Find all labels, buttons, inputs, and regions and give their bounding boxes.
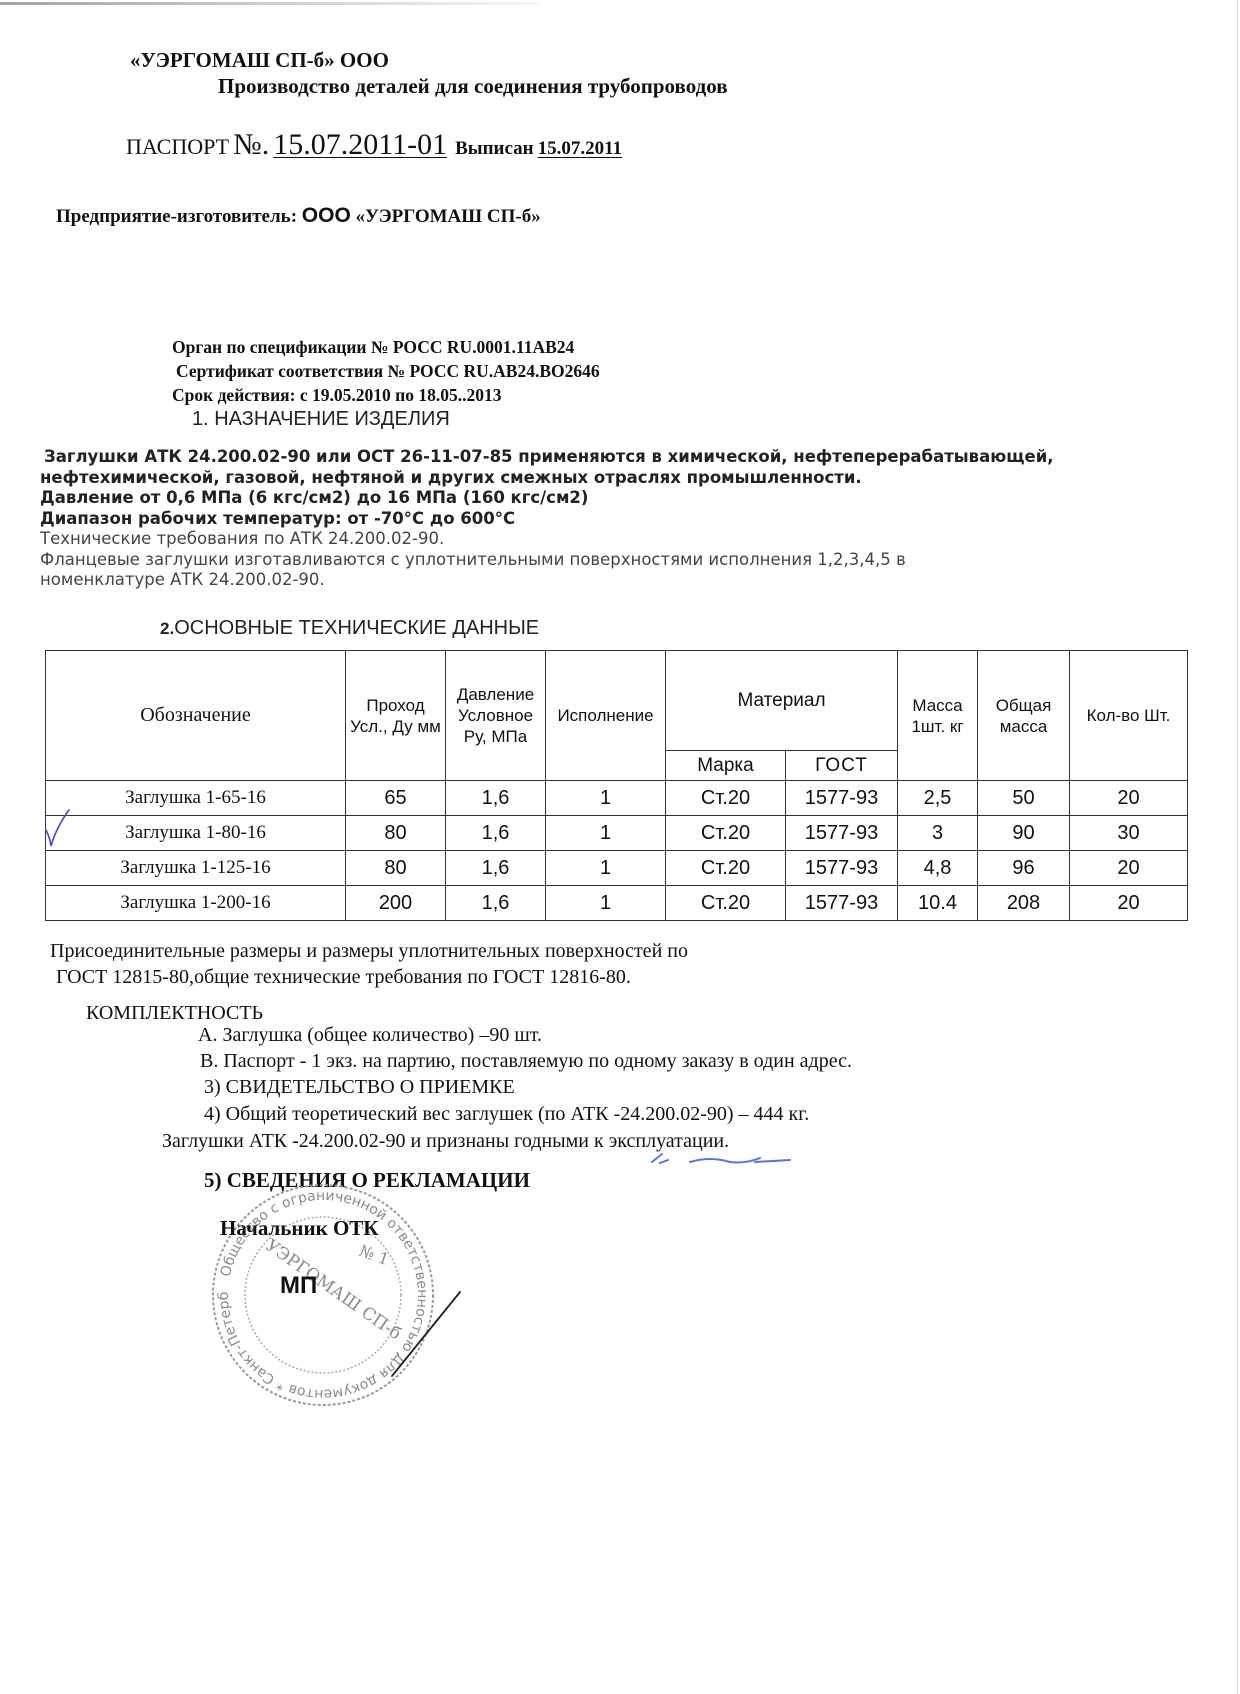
cell-pressure: 1,6 [446, 886, 546, 921]
cell-pressure: 1,6 [446, 816, 546, 851]
passport-number-sign: №. [233, 128, 269, 161]
cell-designation: Заглушка 1-200-16 [46, 886, 346, 921]
table-row: Заглушка 1-200-16 200 1,6 1 Ст.20 1577-9… [46, 886, 1188, 921]
section2-title-number: 2. [160, 619, 174, 638]
certificate-validity: Срок действия: с 19.05.2010 по 18.05..20… [172, 385, 501, 406]
cell-grade: Ст.20 [666, 781, 786, 816]
cell-gost: 1577-93 [786, 886, 898, 921]
cell-bore: 80 [346, 851, 446, 886]
certificate-number: Сертификат соответствия № РОСС RU.АВ24.В… [176, 361, 600, 382]
cell-bore: 80 [346, 816, 446, 851]
company-name: «УЭРГОМАШ СП-б» ООО [130, 48, 389, 73]
cell-qty: 20 [1070, 851, 1188, 886]
completeness-title: КОМПЛЕКТНОСТЬ [86, 1002, 263, 1025]
dims-note-line2: ГОСТ 12815-80,общие технические требован… [56, 966, 631, 989]
cell-gost: 1577-93 [786, 851, 898, 886]
cell-total-mass: 90 [978, 816, 1070, 851]
cell-pressure: 1,6 [446, 781, 546, 816]
passport-line: ПАСПОРТ №. 15.07.2011-01 Выписан 15.07.2… [126, 128, 622, 162]
header-grade: Марка [666, 751, 786, 781]
technical-data-table: Обозначение Проход Усл., Ду мм Давление … [45, 650, 1188, 921]
company-tagline: Производство деталей для соединения труб… [218, 74, 728, 99]
header-gost: ГОСТ [786, 751, 898, 781]
signature [390, 1290, 470, 1380]
cell-designation: Заглушка 1-125-16 [46, 851, 346, 886]
cell-unit-mass: 2,5 [898, 781, 978, 816]
table-row: Заглушка 1-80-16 80 1,6 1 Ст.20 1577-93 … [46, 816, 1188, 851]
cell-grade: Ст.20 [666, 886, 786, 921]
svg-text:№ 1: № 1 [357, 1241, 392, 1269]
acceptance-statement: Заглушки АТК -24.200.02-90 и признаны го… [162, 1130, 729, 1153]
cell-gost: 1577-93 [786, 781, 898, 816]
section1-title: 1. НАЗНАЧЕНИЕ ИЗДЕЛИЯ [192, 408, 450, 431]
section1-line: Диапазон рабочих температур: от -70°С до… [40, 509, 1054, 530]
section3-title: 3) СВИДЕТЕЛЬСТВО О ПРИЕМКЕ [204, 1076, 515, 1099]
certification-body: Орган по спецификации № РОСС RU.0001.11А… [172, 337, 574, 358]
cell-version: 1 [546, 781, 666, 816]
header-material: Материал [666, 651, 898, 751]
manufacturer-org-form: ООО [302, 204, 351, 227]
cell-unit-mass: 3 [898, 816, 978, 851]
table-row: Заглушка 1-125-16 80 1,6 1 Ст.20 1577-93… [46, 851, 1188, 886]
passport-number: 15.07.2011-01 [273, 128, 447, 161]
section1-line: Фланцевые заглушки изготавливаются с упл… [40, 550, 1054, 571]
section1-line: Заглушки АТК 24.200.02-90 или ОСТ 26-11-… [40, 447, 1054, 468]
section1-body: Заглушки АТК 24.200.02-90 или ОСТ 26-11-… [40, 447, 1054, 591]
seal-placeholder-label: МП [280, 1272, 317, 1300]
handwritten-checkmark-icon [44, 808, 70, 848]
issued-date: 15.07.2011 [538, 138, 622, 159]
scan-edge-artifact [0, 2, 540, 5]
section2-title: 2.ОСНОВНЫЕ ТЕХНИЧЕСКИЕ ДАННЫЕ [160, 617, 539, 640]
cell-total-mass: 50 [978, 781, 1070, 816]
section4-total-weight: 4) Общий теоретический вес заглушек (по … [204, 1103, 809, 1126]
cell-bore: 65 [346, 781, 446, 816]
header-total-mass: Общая масса [978, 651, 1070, 781]
cell-version: 1 [546, 816, 666, 851]
cell-unit-mass: 10.4 [898, 886, 978, 921]
manufacturer-label: Предприятие-изготовитель: [56, 206, 297, 227]
header-bore: Проход Усл., Ду мм [346, 651, 446, 781]
qc-head-label: Начальник ОТК [220, 1216, 379, 1241]
section1-line: Технические требования по АТК 24.200.02-… [40, 529, 1054, 550]
section1-line: нефтехимической, газовой, нефтяной и дру… [40, 468, 1054, 489]
manufacturer-line: Предприятие-изготовитель: ООО «УЭРГОМАШ … [56, 204, 541, 228]
cell-pressure: 1,6 [446, 851, 546, 886]
passport-label: ПАСПОРТ [126, 134, 229, 159]
table-header-row: Обозначение Проход Усл., Ду мм Давление … [46, 651, 1188, 751]
header-qty: Кол-во Шт. [1070, 651, 1188, 781]
pen-scribble [650, 1150, 800, 1166]
cell-gost: 1577-93 [786, 816, 898, 851]
cell-qty: 20 [1070, 886, 1188, 921]
cell-qty: 20 [1070, 781, 1188, 816]
cell-designation: Заглушка 1-65-16 [46, 781, 346, 816]
issued-label: Выписан [455, 138, 534, 159]
section2-title-text: ОСНОВНЫЕ ТЕХНИЧЕСКИЕ ДАННЫЕ [174, 617, 539, 639]
manufacturer-name: «УЭРГОМАШ СП-б» [356, 206, 541, 227]
section1-line: номенклатуре АТК 24.200.02-90. [40, 570, 1054, 591]
cell-bore: 200 [346, 886, 446, 921]
header-pressure: Давление Условное Ру, МПа [446, 651, 546, 781]
completeness-item-a: А. Заглушка (общее количество) –90 шт. [198, 1024, 542, 1047]
cell-grade: Ст.20 [666, 851, 786, 886]
section1-line: Давление от 0,6 МПа (6 кгс/см2) до 16 МП… [40, 488, 1054, 509]
cell-grade: Ст.20 [666, 816, 786, 851]
cell-version: 1 [546, 886, 666, 921]
cell-unit-mass: 4,8 [898, 851, 978, 886]
header-version: Исполнение [546, 651, 666, 781]
scan-edge-artifact [1237, 0, 1238, 1694]
dims-note-line1: Присоединительные размеры и размеры упло… [50, 940, 688, 963]
cell-total-mass: 208 [978, 886, 1070, 921]
cell-qty: 30 [1070, 816, 1188, 851]
completeness-item-b: В. Паспорт - 1 экз. на партию, поставляе… [200, 1050, 852, 1073]
cell-version: 1 [546, 851, 666, 886]
table-row: Заглушка 1-65-16 65 1,6 1 Ст.20 1577-93 … [46, 781, 1188, 816]
header-designation: Обозначение [46, 651, 346, 781]
cell-designation: Заглушка 1-80-16 [46, 816, 346, 851]
header-unit-mass: Масса 1шт. кг [898, 651, 978, 781]
cell-total-mass: 96 [978, 851, 1070, 886]
